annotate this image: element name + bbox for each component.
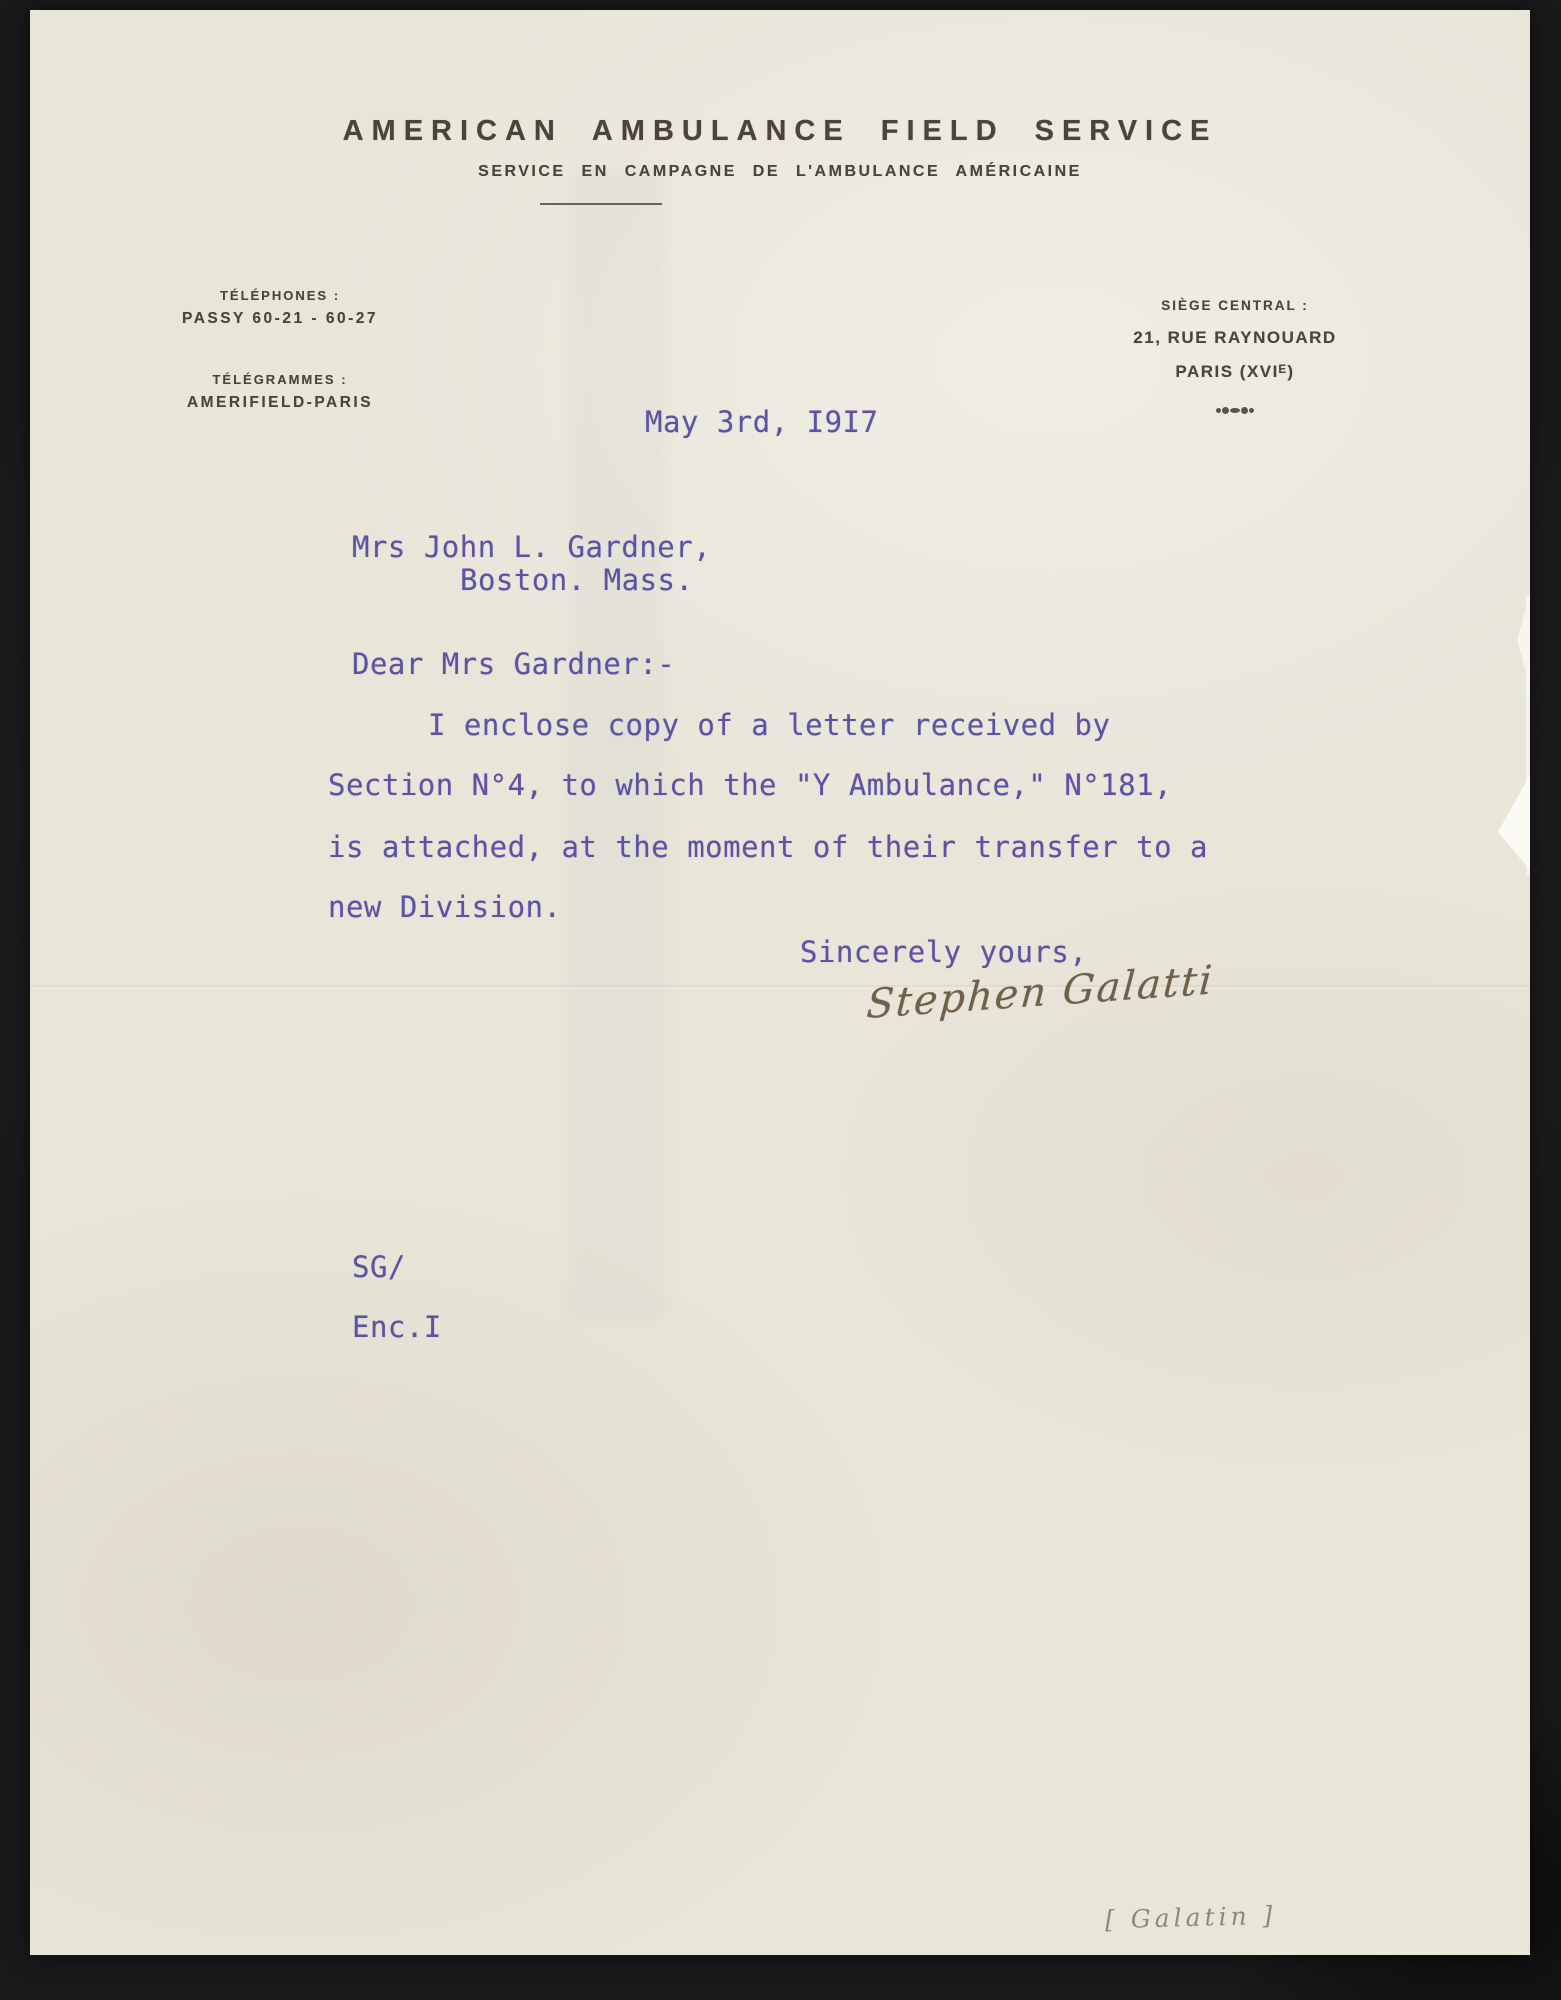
printer-ornament-icon [1085,402,1385,416]
recipient-name: Mrs John L. Gardner, [352,530,711,564]
headquarters-street: 21, RUE RAYNOUARD [1075,328,1395,348]
telephones-label: TÉLÉPHONES : [120,288,440,303]
enclosure-note: Enc.I [352,1310,442,1344]
letterhead-title: AMERICAN AMBULANCE FIELD SERVICE [30,115,1530,148]
headquarters-city: PARIS (XVIᴱ) [1075,362,1395,382]
salutation: Dear Mrs Gardner:- [352,647,675,681]
recipient-city: Boston. Mass. [460,563,693,597]
pencil-annotation: [ Galatin ] [1105,1901,1277,1934]
letterhead-divider [540,203,662,205]
telegrams-label: TÉLÉGRAMMES : [120,372,440,387]
scanned-letter-page: { "colors": { "background": "#19191b", "… [0,0,1561,2000]
ink-bleed-through [570,170,665,1320]
letterhead-subtitle: SERVICE EN CAMPAGNE DE L'AMBULANCE AMÉRI… [30,163,1530,181]
body-line: I enclose copy of a letter received by [428,708,1110,742]
fold-crease [30,985,1530,989]
telephones-value: PASSY 60-21 - 60-27 [120,310,440,328]
closing: Sincerely yours, [800,935,1087,969]
body-line: is attached, at the moment of their tran… [328,830,1208,864]
letter-paper: AMERICAN AMBULANCE FIELD SERVICE SERVICE… [30,10,1530,1955]
body-line: Section N°4, to which the "Y Ambulance,"… [328,768,1172,802]
torn-edge-notch-large [1498,775,1530,870]
body-line: new Division. [328,890,561,924]
letter-date: May 3rd, I9I7 [645,405,878,439]
telegrams-value: AMERIFIELD-PARIS [120,394,440,412]
torn-edge-notch-small [1517,595,1530,685]
typist-initials: SG/ [352,1250,406,1284]
headquarters-label: SIÈGE CENTRAL : [1075,298,1395,313]
